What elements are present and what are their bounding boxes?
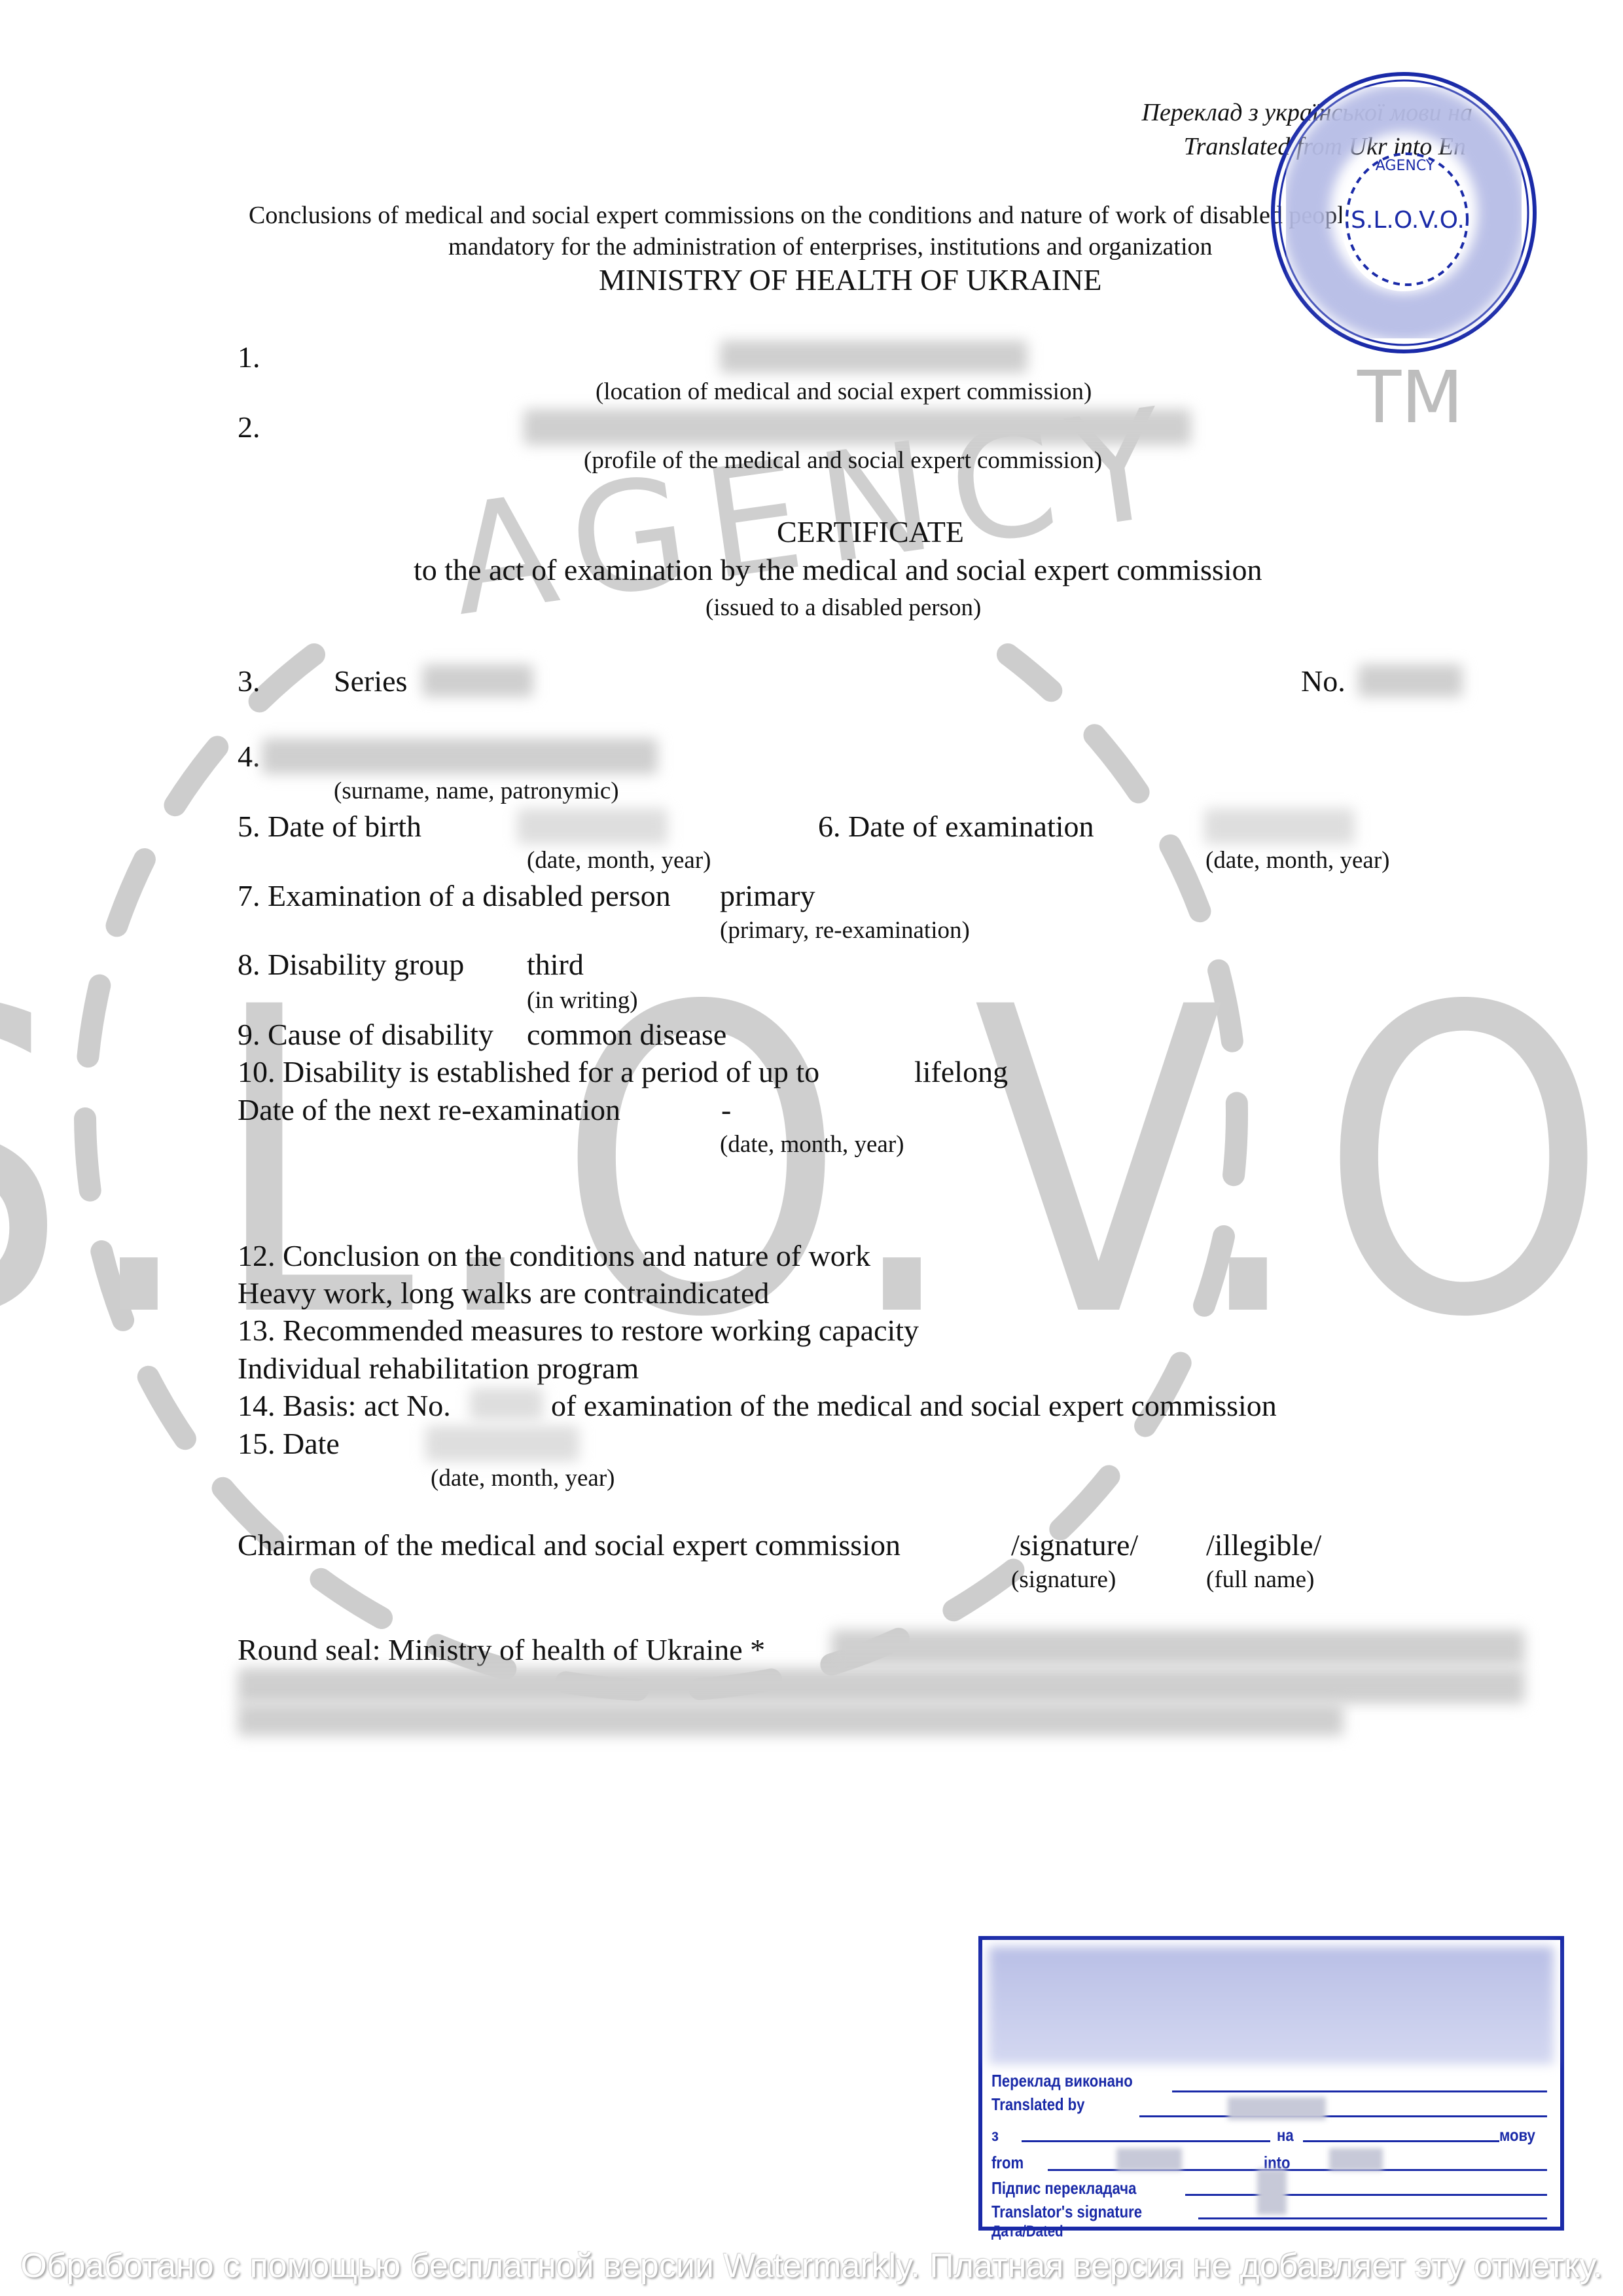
certificate-note: (issued to a disabled person)	[705, 596, 981, 620]
next-exam-label: Date of the next re-examination	[238, 1095, 620, 1125]
stamp-into-uk: на	[1277, 2125, 1294, 2145]
round-seal-redacted-line-1	[831, 1630, 1525, 1666]
stamp-lang-uk: мову	[1499, 2125, 1535, 2145]
dob-caption: (date, month, year)	[527, 848, 711, 872]
stamp-line-signature-en	[1198, 2217, 1547, 2219]
cause-label: 9. Cause of disability	[238, 1020, 493, 1050]
round-seal-redacted-line-3	[238, 1703, 1344, 1736]
item-2-caption: (profile of the medical and social exper…	[584, 448, 1102, 473]
basis-act-number-redacted	[470, 1388, 543, 1420]
date-label: 15. Date	[238, 1429, 340, 1459]
dob-label: 5. Date of birth	[238, 812, 421, 842]
next-exam-value: -	[721, 1095, 731, 1125]
preamble-line-2: mandatory for the administration of ente…	[448, 234, 1213, 259]
stamp-target-language-redacted	[1329, 2148, 1383, 2171]
period-label: 10. Disability is established for a peri…	[238, 1057, 819, 1087]
name-number: 4.	[238, 742, 260, 772]
date-caption: (date, month, year)	[431, 1466, 615, 1490]
round-stamp-brand: S.L.O.V.O.	[1351, 207, 1465, 234]
group-value: third	[527, 950, 584, 980]
name-caption: (surname, name, patronymic)	[334, 779, 619, 803]
chairman-role: Chairman of the medical and social exper…	[238, 1530, 901, 1560]
no-value-redacted	[1358, 664, 1463, 697]
translator-stamp: Переклад виконано Translated by з на мов…	[978, 1936, 1564, 2231]
translator-stamp-redacted-header	[989, 1946, 1554, 2064]
series-label: Series	[334, 666, 407, 696]
doe-caption: (date, month, year)	[1205, 848, 1390, 872]
no-label: No.	[1301, 666, 1346, 696]
doe-value-redacted	[1204, 808, 1355, 844]
round-seal-prefix: Round seal: Ministry of health of Ukrain…	[238, 1635, 765, 1665]
stamp-signature-en: Translator's signature	[991, 2202, 1142, 2222]
ministry-title: MINISTRY OF HEALTH OF UKRAINE	[599, 265, 1101, 295]
exam-value: primary	[720, 881, 815, 911]
agency-round-stamp: AGENCY S.L.O.V.O.	[1266, 72, 1541, 360]
stamp-line-into-uk	[1303, 2140, 1499, 2142]
item-2-number: 2.	[238, 412, 260, 442]
doe-label: 6. Date of examination	[818, 812, 1094, 842]
stamp-translated-en: Translated by	[991, 2094, 1084, 2115]
item-1-number: 1.	[238, 342, 260, 372]
certificate-subtitle: to the act of examination by the medical…	[414, 555, 1262, 585]
preamble-line-1: Conclusions of medical and social expert…	[249, 203, 1392, 228]
stamp-line-signature-uk	[1185, 2194, 1547, 2196]
item-1-caption: (location of medical and social expert c…	[596, 380, 1092, 404]
conclusion-value: Heavy work, long walks are contraindicat…	[238, 1278, 769, 1308]
basis-prefix: 14. Basis: act No.	[238, 1391, 451, 1421]
cause-value: common disease	[527, 1020, 726, 1050]
group-label: 8. Disability group	[238, 950, 464, 980]
measures-label: 13. Recommended measures to restore work…	[238, 1316, 919, 1346]
stamp-line-translated-en	[1139, 2115, 1547, 2117]
stamp-dated: Дата/Dated	[991, 2223, 1063, 2241]
stamp-signature-uk: Підпис перекладача	[991, 2178, 1136, 2198]
stamp-from-uk: з	[991, 2125, 999, 2145]
next-exam-caption: (date, month, year)	[720, 1132, 904, 1157]
period-value: lifelong	[914, 1057, 1008, 1087]
item-1-redacted-location	[720, 340, 1027, 373]
measures-value: Individual rehabilitation program	[238, 1354, 639, 1384]
certificate-title: CERTIFICATE	[0, 517, 1623, 547]
name-value-redacted	[262, 738, 658, 774]
conclusion-label: 12. Conclusion on the conditions and nat…	[238, 1241, 870, 1271]
stamp-line-from-uk	[1022, 2140, 1270, 2142]
series-number: 3.	[238, 666, 260, 696]
stamp-signature-redacted	[1257, 2169, 1287, 2215]
series-value-redacted	[422, 664, 533, 697]
stamp-from-en: from	[991, 2153, 1024, 2173]
watermarkly-footer-note: Обработано с помощью бесплатной версии W…	[0, 2246, 1623, 2286]
signature-caption: (signature)	[1011, 1568, 1116, 1592]
basis-suffix: of examination of the medical and social…	[551, 1391, 1277, 1421]
stamp-translator-name-redacted	[1228, 2097, 1326, 2120]
group-caption: (in writing)	[527, 988, 638, 1013]
date-value-redacted	[425, 1426, 579, 1462]
chairman-name-caption: (full name)	[1206, 1568, 1314, 1592]
exam-label: 7. Examination of a disabled person	[238, 881, 671, 911]
stamp-translated-uk: Переклад виконано	[991, 2071, 1133, 2091]
chairman-name-value: /illegible/	[1206, 1530, 1321, 1560]
item-2-redacted-profile	[524, 409, 1191, 445]
round-seal-redacted-line-2	[238, 1668, 1525, 1704]
dob-value-redacted	[517, 808, 668, 844]
signature-value: /signature/	[1011, 1530, 1138, 1560]
stamp-source-language-redacted	[1116, 2148, 1182, 2171]
stamp-line-translated-uk	[1172, 2090, 1547, 2092]
exam-caption: (primary, re-examination)	[720, 918, 970, 942]
round-stamp-agency: AGENCY	[1376, 158, 1435, 174]
